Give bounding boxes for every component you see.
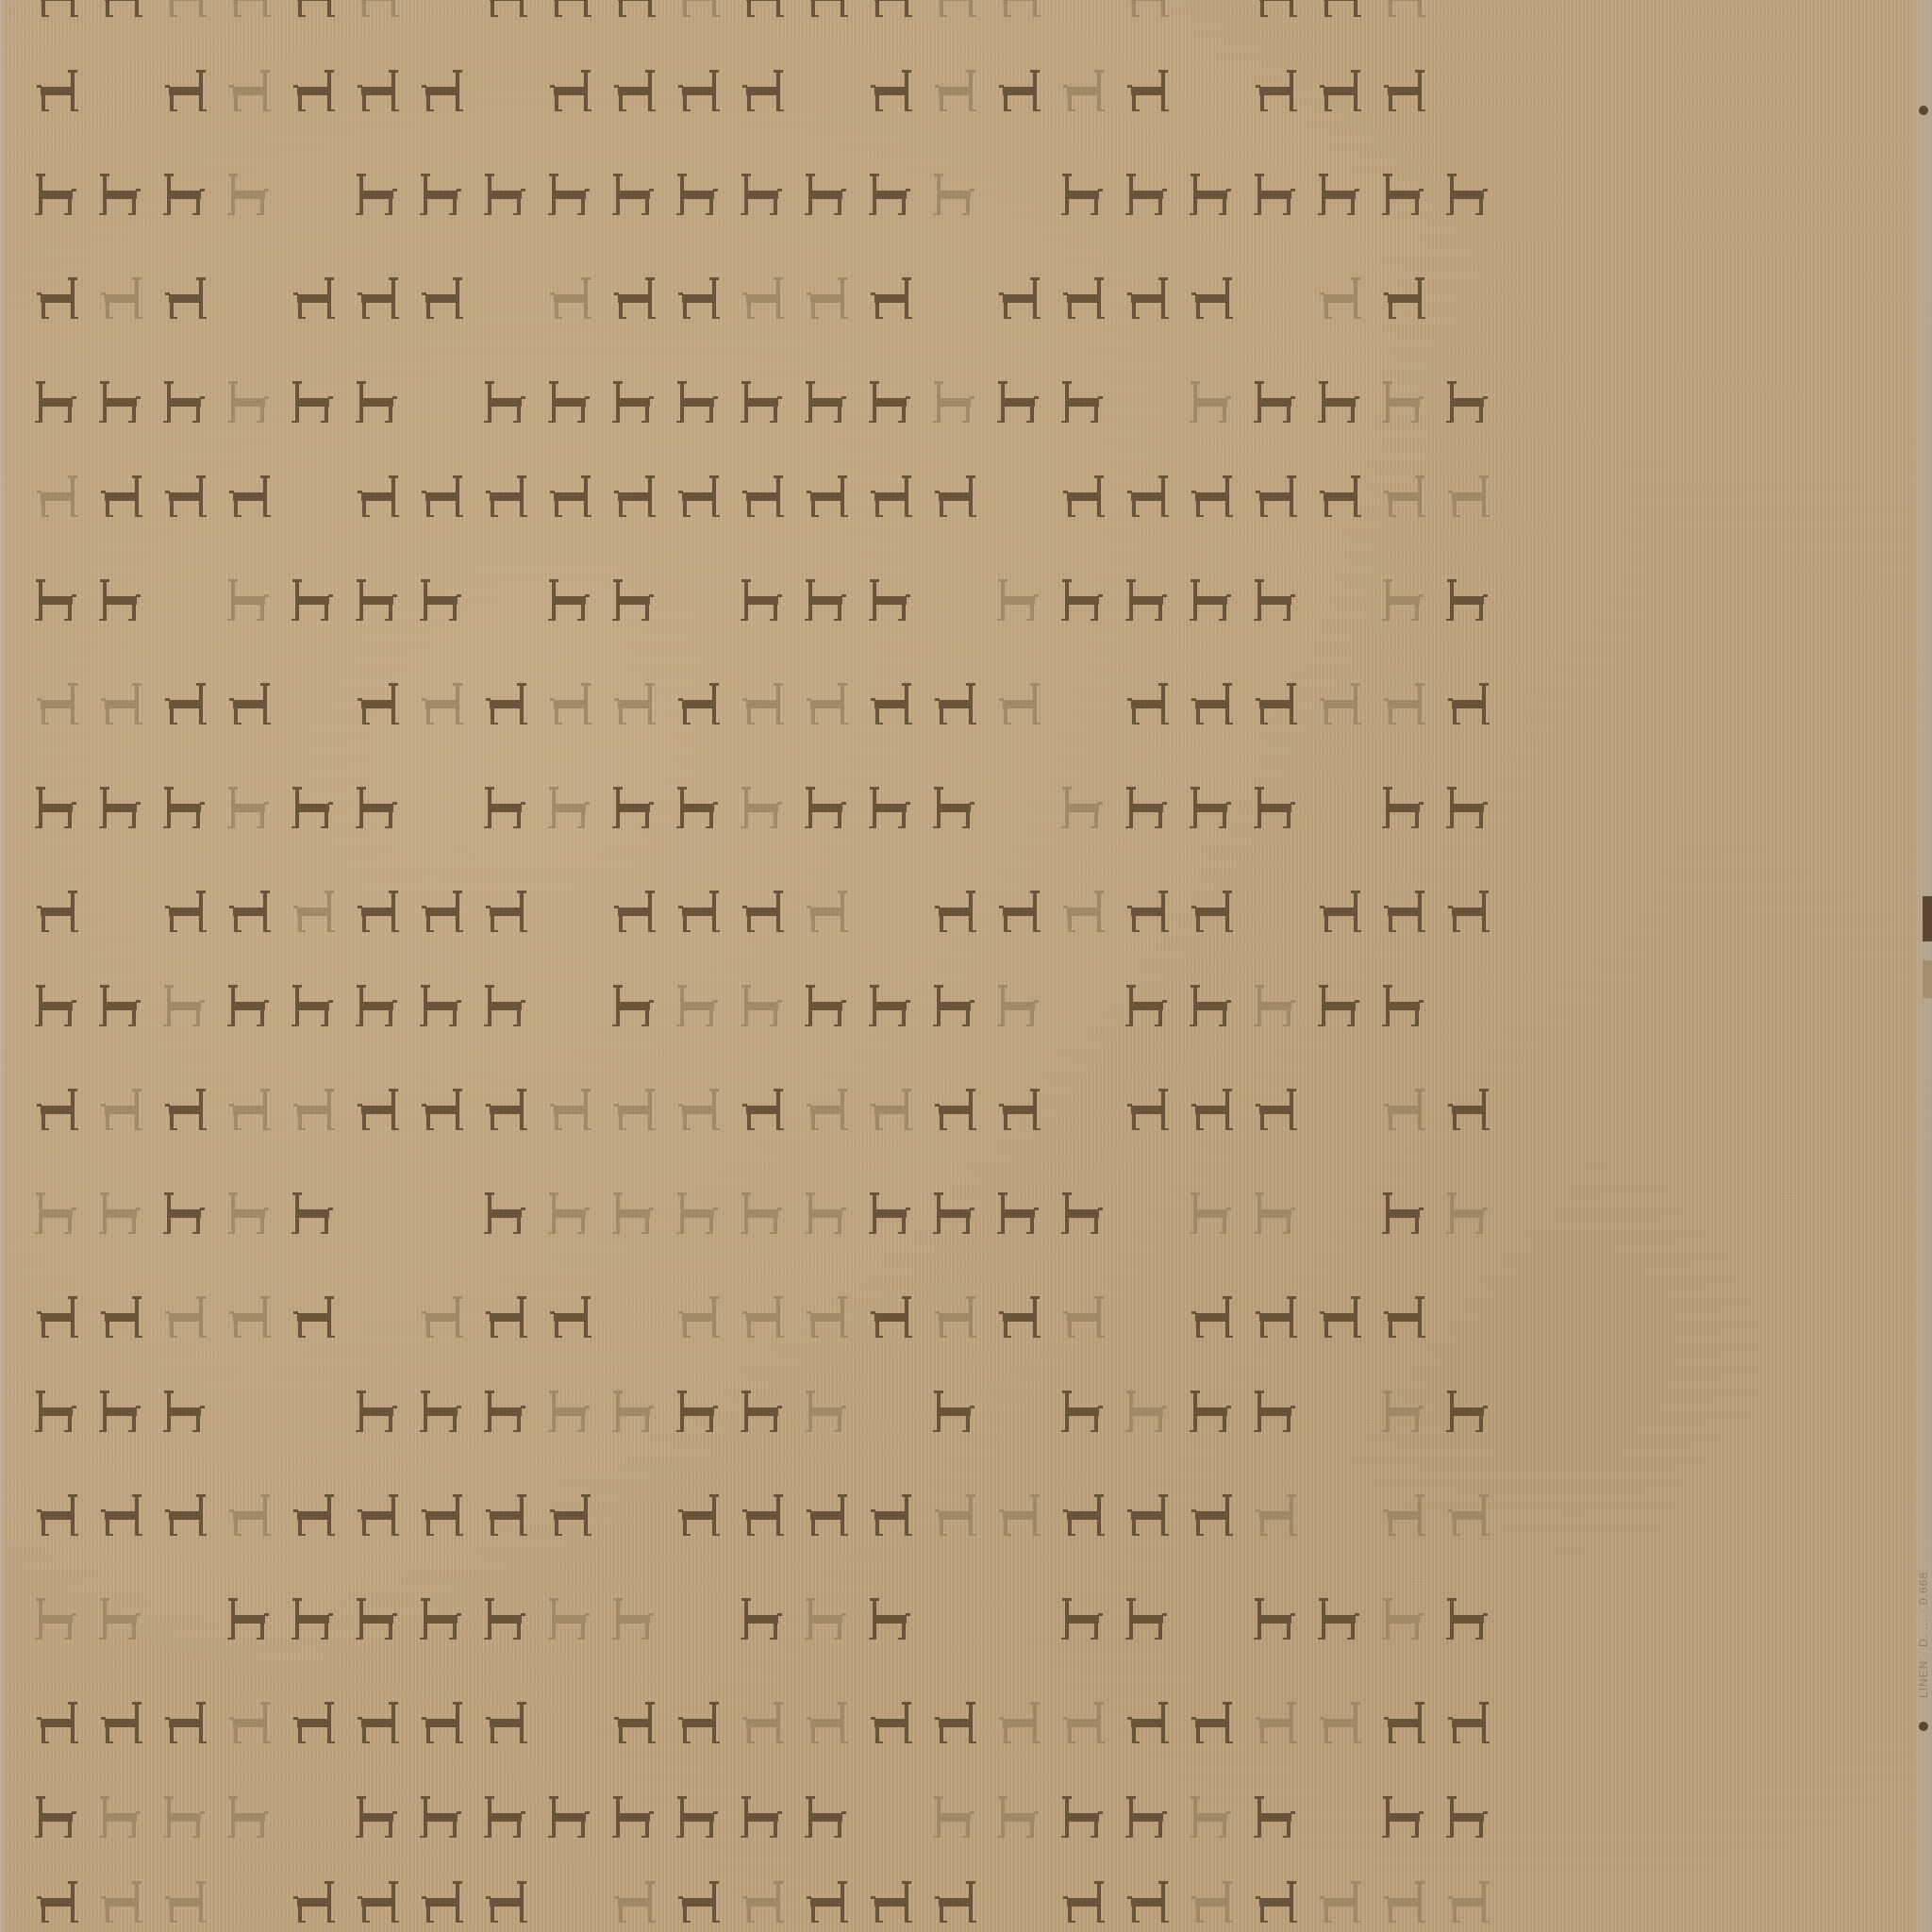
animal-motif-icon [1185, 1292, 1238, 1341]
animal-motif-icon [736, 66, 789, 115]
animal-motif-icon [94, 0, 147, 21]
animal-motif-icon [94, 575, 147, 625]
animal-motif-icon [158, 1085, 211, 1134]
animal-motif-icon [992, 66, 1045, 115]
animal-motif-icon [1313, 1292, 1366, 1341]
animal-motif-icon [928, 170, 981, 219]
animal-motif-icon [1441, 1698, 1494, 1747]
selvage-label-dark [1923, 896, 1932, 941]
animal-motif-icon [287, 1491, 340, 1540]
animal-motif-icon [479, 1189, 532, 1238]
animal-motif-icon [158, 1698, 211, 1747]
animal-motif-icon [800, 1792, 853, 1841]
animal-motif-icon [1057, 377, 1109, 426]
animal-motif-icon [158, 1877, 211, 1926]
animal-motif-icon [1249, 1085, 1302, 1134]
textile-fabric: LINEN · D. ... · 0.668 [0, 0, 1932, 1932]
animal-motif-icon [30, 1792, 83, 1841]
motif-row [0, 274, 1932, 330]
animal-motif-icon [30, 1698, 83, 1747]
animal-motif-icon [800, 1877, 853, 1926]
animal-motif-icon [1249, 1387, 1302, 1436]
animal-motif-icon [479, 1792, 532, 1841]
animal-motif-icon [1377, 377, 1430, 426]
animal-motif-icon [543, 679, 596, 728]
animal-motif-icon [672, 472, 724, 521]
animal-motif-icon [1121, 1085, 1174, 1134]
animal-motif-icon [415, 679, 468, 728]
animal-motif-icon [30, 1189, 83, 1238]
motif-row [0, 1698, 1932, 1755]
animal-motif-icon [351, 1792, 404, 1841]
animal-motif-icon [672, 1189, 724, 1238]
animal-motif-icon [736, 472, 789, 521]
animal-motif-icon [1185, 1189, 1238, 1238]
animal-motif-icon [1057, 1387, 1109, 1436]
animal-motif-icon [94, 981, 147, 1030]
animal-motif-icon [1377, 1491, 1430, 1540]
animal-motif-icon [672, 170, 724, 219]
animal-motif-icon [928, 1491, 981, 1540]
animal-motif-icon [94, 783, 147, 832]
animal-motif-icon [479, 679, 532, 728]
animal-motif-icon [1441, 170, 1494, 219]
animal-motif-icon [223, 783, 275, 832]
animal-motif-icon [415, 1877, 468, 1926]
animal-motif-icon [992, 0, 1045, 21]
animal-motif-icon [1121, 472, 1174, 521]
animal-motif-icon [928, 1792, 981, 1841]
animal-motif-icon [415, 1292, 468, 1341]
animal-motif-icon [223, 887, 275, 936]
animal-motif-icon [992, 1292, 1045, 1341]
animal-motif-icon [1441, 679, 1494, 728]
animal-motif-icon [1377, 1792, 1430, 1841]
animal-motif-icon [736, 0, 789, 21]
animal-motif-icon [864, 274, 917, 323]
motif-row [0, 783, 1932, 840]
animal-motif-icon [223, 170, 275, 219]
animal-motif-icon [608, 1698, 660, 1747]
animal-motif-icon [351, 1877, 404, 1926]
motif-row [0, 1594, 1932, 1651]
animal-motif-icon [223, 377, 275, 426]
animal-motif-icon [351, 679, 404, 728]
animal-motif-icon [800, 1594, 853, 1643]
animal-motif-icon [1441, 1792, 1494, 1841]
animal-motif-icon [800, 1189, 853, 1238]
animal-motif-icon [992, 377, 1045, 426]
animal-motif-icon [864, 981, 917, 1030]
animal-motif-icon [1249, 377, 1302, 426]
animal-motif-icon [928, 981, 981, 1030]
animal-motif-icon [287, 1292, 340, 1341]
animal-motif-icon [1185, 377, 1238, 426]
animal-motif-icon [1185, 1491, 1238, 1540]
animal-motif-icon [543, 1292, 596, 1341]
animal-motif-icon [223, 1594, 275, 1643]
animal-motif-icon [94, 1698, 147, 1747]
animal-motif-icon [1249, 679, 1302, 728]
animal-motif-icon [1057, 1594, 1109, 1643]
animal-motif-icon [158, 783, 211, 832]
animal-motif-icon [864, 377, 917, 426]
animal-motif-icon [1121, 1387, 1174, 1436]
animal-motif-icon [864, 1085, 917, 1134]
animal-motif-icon [479, 1387, 532, 1436]
animal-motif-icon [1057, 1292, 1109, 1341]
animal-motif-icon [479, 1292, 532, 1341]
animal-motif-icon [608, 377, 660, 426]
animal-motif-icon [736, 1877, 789, 1926]
animal-motif-icon [415, 887, 468, 936]
animal-motif-icon [672, 1792, 724, 1841]
animal-motif-icon [1441, 887, 1494, 936]
animal-motif-icon [800, 679, 853, 728]
animal-motif-icon [1249, 1698, 1302, 1747]
animal-motif-icon [736, 170, 789, 219]
animal-motif-icon [351, 66, 404, 115]
animal-motif-icon [158, 981, 211, 1030]
animal-motif-icon [158, 66, 211, 115]
animal-motif-icon [479, 1698, 532, 1747]
animal-motif-icon [800, 1698, 853, 1747]
motif-row [0, 1877, 1932, 1932]
animal-motif-icon [415, 1387, 468, 1436]
animal-motif-icon [992, 679, 1045, 728]
animal-motif-icon [1377, 783, 1430, 832]
animal-motif-icon [992, 1698, 1045, 1747]
animal-motif-icon [1057, 1698, 1109, 1747]
animal-motif-icon [736, 274, 789, 323]
animal-motif-icon [736, 1292, 789, 1341]
animal-motif-icon [928, 1877, 981, 1926]
animal-motif-icon [736, 981, 789, 1030]
animal-motif-icon [158, 377, 211, 426]
animal-motif-icon [30, 274, 83, 323]
animal-motif-icon [94, 170, 147, 219]
animal-motif-icon [415, 575, 468, 625]
animal-motif-icon [1185, 1698, 1238, 1747]
animal-motif-icon [30, 981, 83, 1030]
animal-motif-icon [1121, 783, 1174, 832]
animal-motif-icon [94, 274, 147, 323]
selvage-printed-text: LINEN · D. ... · 0.668 [1917, 1170, 1932, 1698]
animal-motif-icon [608, 274, 660, 323]
animal-motif-icon [1057, 1189, 1109, 1238]
animal-motif-icon [672, 274, 724, 323]
animal-motif-icon [158, 1792, 211, 1841]
animal-motif-icon [1185, 981, 1238, 1030]
animal-motif-icon [800, 1292, 853, 1341]
animal-motif-icon [1249, 1491, 1302, 1540]
animal-motif-icon [351, 377, 404, 426]
animal-motif-icon [351, 575, 404, 625]
animal-motif-icon [608, 1594, 660, 1643]
animal-motif-icon [992, 575, 1045, 625]
animal-motif-icon [1441, 1491, 1494, 1540]
animal-motif-icon [1057, 1792, 1109, 1841]
animal-motif-icon [479, 0, 532, 21]
animal-motif-icon [223, 575, 275, 625]
animal-motif-icon [736, 1792, 789, 1841]
animal-motif-icon [1185, 1792, 1238, 1841]
animal-motif-icon [94, 377, 147, 426]
animal-motif-icon [1057, 66, 1109, 115]
animal-motif-icon [223, 1189, 275, 1238]
motif-row [0, 1085, 1932, 1141]
animal-motif-icon [1057, 783, 1109, 832]
animal-motif-icon [864, 1877, 917, 1926]
motif-row [0, 575, 1932, 632]
animal-motif-icon [1249, 0, 1302, 21]
animal-motif-icon [287, 66, 340, 115]
motif-row [0, 66, 1932, 123]
animal-motif-icon [30, 0, 83, 21]
animal-motif-icon [287, 1877, 340, 1926]
animal-motif-icon [1249, 1877, 1302, 1926]
animal-motif-icon [608, 0, 660, 21]
animal-motif-icon [1249, 170, 1302, 219]
animal-motif-icon [864, 472, 917, 521]
animal-motif-icon [608, 472, 660, 521]
animal-motif-icon [94, 1085, 147, 1134]
animal-motif-icon [1377, 1698, 1430, 1747]
animal-motif-icon [1441, 1594, 1494, 1643]
animal-motif-icon [800, 887, 853, 936]
animal-motif-icon [223, 472, 275, 521]
animal-motif-icon [30, 1387, 83, 1436]
animal-motif-icon [223, 1698, 275, 1747]
animal-motif-icon [928, 0, 981, 21]
animal-motif-icon [351, 1085, 404, 1134]
animal-motif-icon [800, 274, 853, 323]
animal-motif-icon [864, 1698, 917, 1747]
animal-motif-icon [30, 1594, 83, 1643]
motif-row [0, 887, 1932, 943]
animal-motif-icon [223, 1491, 275, 1540]
animal-motif-icon [543, 1491, 596, 1540]
animal-motif-icon [1121, 1491, 1174, 1540]
animal-motif-icon [1249, 575, 1302, 625]
animal-motif-icon [1121, 1594, 1174, 1643]
animal-motif-icon [223, 66, 275, 115]
motif-row [0, 1189, 1932, 1245]
animal-motif-icon [1121, 1792, 1174, 1841]
animal-motif-icon [1377, 981, 1430, 1030]
animal-motif-icon [608, 981, 660, 1030]
animal-motif-icon [1441, 377, 1494, 426]
animal-motif-icon [1249, 1792, 1302, 1841]
animal-motif-icon [608, 887, 660, 936]
animal-motif-icon [864, 66, 917, 115]
animal-motif-icon [1185, 170, 1238, 219]
animal-motif-icon [158, 1387, 211, 1436]
animal-motif-icon [1313, 981, 1366, 1030]
animal-motif-icon [800, 472, 853, 521]
animal-motif-icon [1377, 1189, 1430, 1238]
motif-row [0, 472, 1932, 528]
animal-motif-icon [30, 1292, 83, 1341]
motif-row [0, 1792, 1932, 1849]
animal-motif-icon [864, 170, 917, 219]
pin-hole-bottom [1919, 1722, 1928, 1731]
animal-motif-icon [1377, 887, 1430, 936]
animal-motif-icon [736, 679, 789, 728]
animal-motif-icon [479, 1594, 532, 1643]
animal-motif-icon [1057, 274, 1109, 323]
animal-motif-icon [287, 783, 340, 832]
animal-motif-icon [1441, 575, 1494, 625]
animal-motif-icon [287, 1594, 340, 1643]
animal-motif-icon [864, 1594, 917, 1643]
animal-motif-icon [928, 66, 981, 115]
animal-motif-icon [1377, 1594, 1430, 1643]
animal-motif-icon [608, 783, 660, 832]
animal-motif-icon [351, 1698, 404, 1747]
animal-motif-icon [94, 1189, 147, 1238]
animal-motif-icon [223, 1792, 275, 1841]
animal-motif-icon [479, 472, 532, 521]
motif-row [0, 1491, 1932, 1547]
animal-motif-icon [479, 783, 532, 832]
animal-motif-icon [351, 472, 404, 521]
animal-motif-icon [736, 1085, 789, 1134]
animal-motif-icon [415, 1085, 468, 1134]
animal-motif-icon [1121, 274, 1174, 323]
animal-motif-icon [1313, 377, 1366, 426]
animal-motif-icon [1313, 887, 1366, 936]
animal-motif-icon [608, 170, 660, 219]
animal-motif-icon [736, 377, 789, 426]
animal-motif-icon [479, 1085, 532, 1134]
animal-motif-icon [1313, 66, 1366, 115]
animal-motif-icon [30, 1491, 83, 1540]
animal-motif-icon [94, 679, 147, 728]
animal-motif-icon [1121, 66, 1174, 115]
animal-motif-icon [94, 1387, 147, 1436]
animal-motif-icon [415, 981, 468, 1030]
animal-motif-icon [415, 1491, 468, 1540]
animal-motif-icon [1313, 679, 1366, 728]
animal-motif-icon [928, 887, 981, 936]
animal-motif-icon [158, 1292, 211, 1341]
animal-motif-icon [415, 170, 468, 219]
animal-motif-icon [351, 274, 404, 323]
selvage-label-light [1923, 960, 1932, 998]
animal-motif-icon [1377, 1387, 1430, 1436]
animal-motif-icon [1377, 66, 1430, 115]
animal-motif-icon [736, 1387, 789, 1436]
animal-motif-icon [1377, 1292, 1430, 1341]
animal-motif-icon [1313, 472, 1366, 521]
animal-motif-icon [672, 0, 724, 21]
animal-motif-icon [1377, 1085, 1430, 1134]
animal-motif-icon [800, 377, 853, 426]
animal-motif-icon [1441, 472, 1494, 521]
animal-motif-icon [864, 1189, 917, 1238]
animal-motif-icon [1377, 170, 1430, 219]
animal-motif-icon [158, 0, 211, 21]
animal-motif-icon [864, 679, 917, 728]
animal-motif-icon [1313, 1877, 1366, 1926]
motif-row [0, 1292, 1932, 1349]
animal-motif-icon [223, 679, 275, 728]
animal-motif-icon [928, 783, 981, 832]
animal-motif-icon [800, 1491, 853, 1540]
animal-motif-icon [158, 679, 211, 728]
animal-motif-icon [543, 377, 596, 426]
animal-motif-icon [543, 1387, 596, 1436]
animal-motif-icon [736, 575, 789, 625]
animal-motif-icon [800, 1085, 853, 1134]
motif-row [0, 0, 1932, 28]
animal-motif-icon [1057, 1877, 1109, 1926]
motif-row [0, 377, 1932, 434]
animal-motif-icon [1185, 783, 1238, 832]
animal-motif-icon [415, 1594, 468, 1643]
animal-motif-icon [1121, 887, 1174, 936]
animal-motif-icon [1249, 783, 1302, 832]
animal-motif-icon [1249, 1292, 1302, 1341]
animal-motif-icon [928, 1085, 981, 1134]
animal-motif-icon [928, 679, 981, 728]
animal-motif-icon [1377, 575, 1430, 625]
animal-motif-icon [1121, 575, 1174, 625]
animal-motif-icon [672, 66, 724, 115]
animal-motif-icon [864, 1491, 917, 1540]
animal-motif-icon [736, 1594, 789, 1643]
animal-motif-icon [1121, 1877, 1174, 1926]
animal-motif-icon [479, 377, 532, 426]
animal-motif-icon [672, 1877, 724, 1926]
animal-motif-icon [800, 575, 853, 625]
animal-motif-icon [1185, 274, 1238, 323]
animal-motif-icon [479, 1491, 532, 1540]
animal-motif-icon [415, 66, 468, 115]
animal-motif-icon [351, 0, 404, 21]
animal-motif-icon [351, 1491, 404, 1540]
animal-motif-icon [864, 783, 917, 832]
animal-motif-icon [30, 170, 83, 219]
animal-motif-icon [1121, 0, 1174, 21]
animal-motif-icon [608, 1085, 660, 1134]
animal-motif-icon [30, 66, 83, 115]
animal-motif-icon [1249, 66, 1302, 115]
animal-motif-icon [1441, 1387, 1494, 1436]
animal-motif-icon [1313, 0, 1366, 21]
animal-motif-icon [543, 66, 596, 115]
animal-motif-icon [672, 377, 724, 426]
animal-motif-icon [158, 472, 211, 521]
pin-hole-top [1919, 106, 1928, 115]
animal-motif-icon [608, 1189, 660, 1238]
animal-motif-icon [287, 981, 340, 1030]
animal-motif-icon [415, 1792, 468, 1841]
animal-motif-icon [736, 783, 789, 832]
animal-motif-icon [672, 1698, 724, 1747]
animal-motif-icon [30, 575, 83, 625]
animal-motif-icon [608, 575, 660, 625]
animal-motif-icon [1057, 887, 1109, 936]
animal-motif-icon [928, 1387, 981, 1436]
animal-motif-icon [158, 274, 211, 323]
animal-motif-icon [1057, 575, 1109, 625]
animal-motif-icon [1313, 274, 1366, 323]
animal-motif-icon [94, 1792, 147, 1841]
motif-row [0, 1387, 1932, 1443]
animal-motif-icon [608, 1877, 660, 1926]
